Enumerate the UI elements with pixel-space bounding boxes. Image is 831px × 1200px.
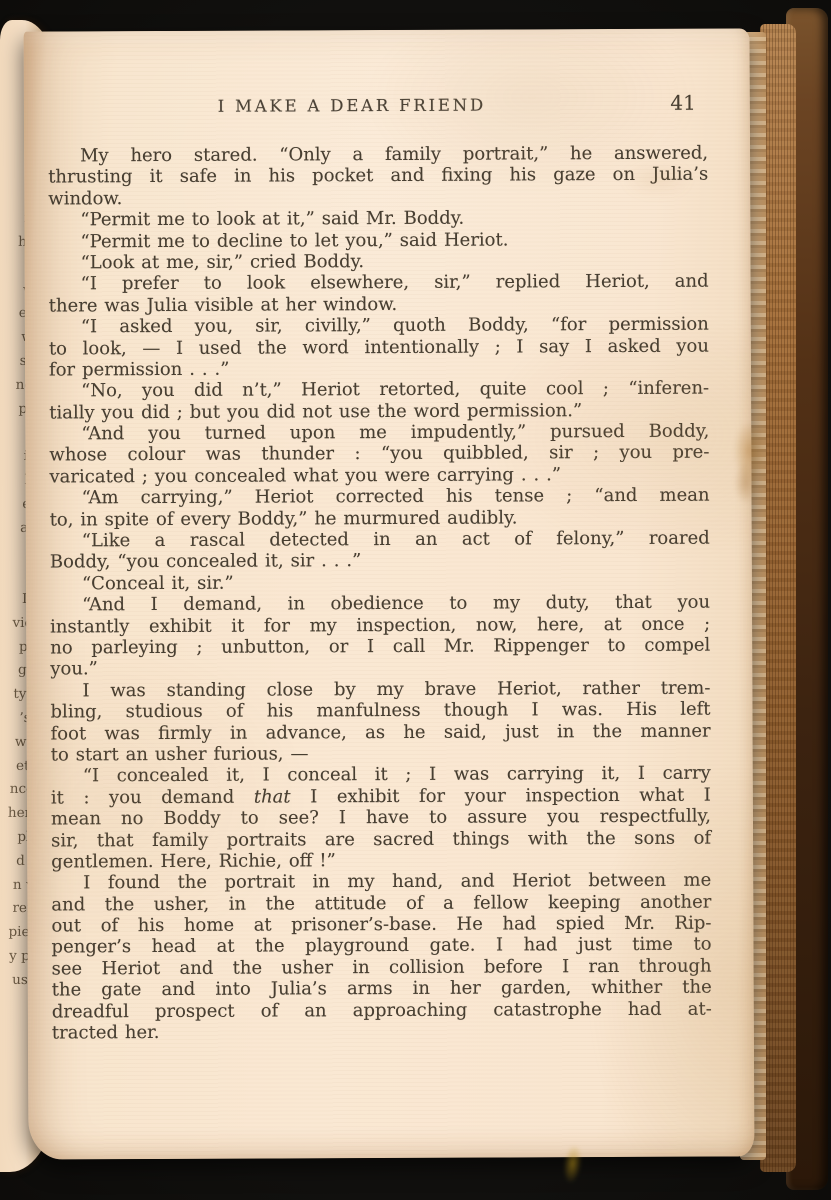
- text-line: “I concealed it, I conceal it ; I was ca…: [51, 763, 711, 787]
- text-line: for permission . . .”: [49, 357, 709, 381]
- text-line: it : you demand that I exhibit for your …: [51, 784, 711, 808]
- text-line: the gate and into Julia’s arms in her ga…: [52, 977, 712, 1001]
- text-line: out of his home at prisoner’s-base. He h…: [51, 913, 711, 937]
- text-line: “No, you did n’t,” Heriot retorted, quit…: [49, 378, 709, 402]
- text-line: to start an usher furious, —: [51, 742, 711, 766]
- text-line: you.”: [50, 656, 710, 680]
- text-line: “Conceal it, sir.”: [50, 570, 710, 594]
- text-line: “Permit me to decline to let you,” said …: [48, 228, 708, 252]
- text-line: gentlemen. Here, Richie, off !”: [51, 848, 711, 872]
- book-page: I MAKE A DEAR FRIEND 41 My hero stared. …: [24, 28, 755, 1159]
- text-line: “Like a rascal detected in an act of fel…: [50, 528, 710, 552]
- text-line: whose colour was thunder : “you quibbled…: [49, 442, 709, 466]
- text-line: “Permit me to look at it,” said Mr. Bodd…: [48, 207, 708, 231]
- text-line: no parleying ; unbutton, or I call Mr. R…: [50, 635, 710, 659]
- text-line: My hero stared. “Only a family portrait,…: [48, 143, 708, 167]
- text-line: dreadful prospect of an approaching cata…: [52, 998, 712, 1022]
- text-line: there was Julia visible at her window.: [49, 292, 709, 316]
- text-line: “I prefer to look elsewhere, sir,” repli…: [49, 271, 709, 295]
- text-line: “I asked you, sir, civilly,” quoth Boddy…: [49, 314, 709, 338]
- text-line: penger’s head at the playground gate. I …: [51, 934, 711, 958]
- text-line: I was standing close by my brave Heriot,…: [50, 677, 710, 701]
- text-line: varicated ; you concealed what you were …: [49, 463, 709, 487]
- text-line: instantly exhibit it for my inspection, …: [50, 613, 710, 637]
- text-line: thrusting it safe in his pocket and fixi…: [48, 164, 708, 188]
- text-line: “Look at me, sir,” cried Boddy.: [49, 250, 709, 274]
- running-header: I MAKE A DEAR FRIEND 41: [48, 95, 708, 128]
- text-line: I found the portrait in my hand, and Her…: [51, 870, 711, 894]
- text-line: window.: [48, 185, 708, 209]
- text-line: and the usher, in the attitude of a fell…: [51, 891, 711, 915]
- text-line: tially you did ; but you did not use the…: [49, 399, 709, 423]
- text-line: “And I demand, in obedience to my duty, …: [50, 592, 710, 616]
- text-line: foot was firmly in advance, as he said, …: [51, 720, 711, 744]
- book-photo: d.legaer ahimfusehandhiwhiletisewithscho…: [0, 0, 831, 1200]
- text-line: see Heriot and the usher in collision be…: [52, 955, 712, 979]
- text-line: to, in spite of every Boddy,” he murmure…: [50, 506, 710, 530]
- text-line: bling, studious of his manfulness though…: [50, 699, 710, 723]
- header-title: I MAKE A DEAR FRIEND: [48, 95, 656, 117]
- text-line: to look, — I used the word intentionally…: [49, 335, 709, 359]
- text-line: Boddy, “you concealed it, sir . . .”: [50, 549, 710, 573]
- text-line: sir, that family portraits are sacred th…: [51, 827, 711, 851]
- text-line: “Am carrying,” Heriot corrected his tens…: [50, 485, 710, 509]
- text-line: “And you turned upon me impudently,” pur…: [49, 421, 709, 445]
- text-line: tracted her.: [52, 1020, 712, 1044]
- page-text: My hero stared. “Only a family portrait,…: [48, 143, 712, 1044]
- page-number: 41: [670, 91, 696, 115]
- text-line: mean no Boddy to see? I have to assure y…: [51, 806, 711, 830]
